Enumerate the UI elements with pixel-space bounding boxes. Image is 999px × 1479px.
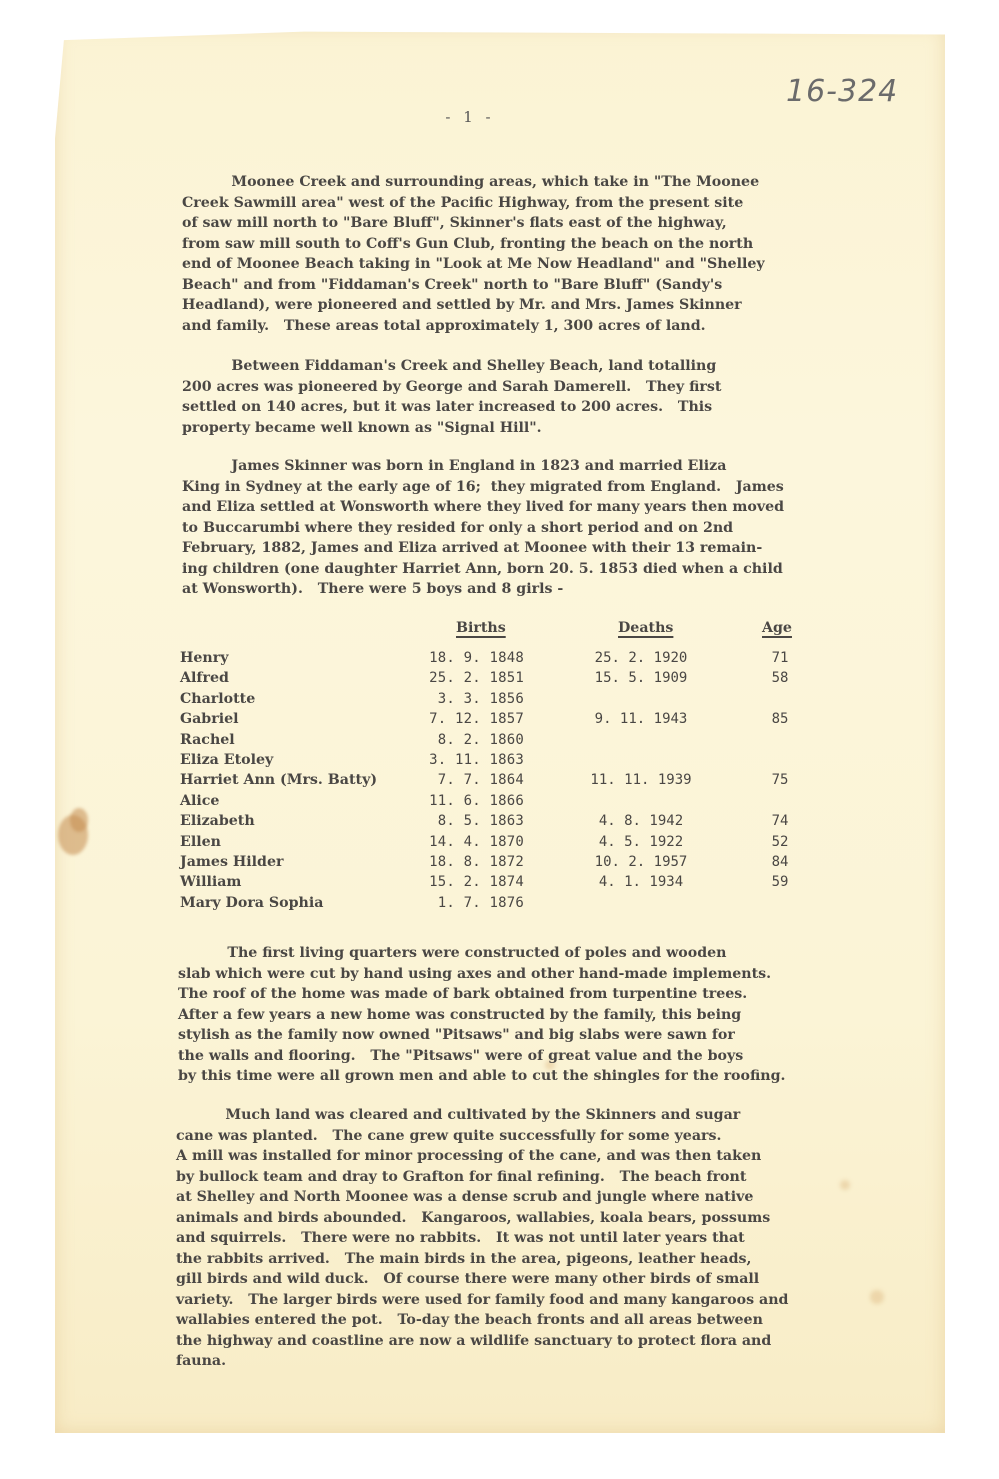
death-date: 15. 5. 1909 bbox=[588, 670, 694, 686]
birth-date: 7. 7. 1864 bbox=[428, 772, 524, 788]
birth-date: 3. 3. 1856 bbox=[428, 691, 524, 707]
age-at-death: 58 bbox=[766, 670, 794, 686]
foxing-spot bbox=[870, 1290, 884, 1304]
birth-date: 25. 2. 1851 bbox=[428, 670, 524, 686]
age-at-death: 84 bbox=[766, 854, 794, 870]
death-date: 9. 11. 1943 bbox=[588, 711, 694, 727]
child-name: Rachel bbox=[180, 732, 235, 748]
age-at-death: 74 bbox=[766, 813, 794, 829]
age-at-death: 85 bbox=[766, 711, 794, 727]
birth-date: 15. 2. 1874 bbox=[428, 874, 524, 890]
table-row: James Hilder18. 8. 187210. 2. 195784 bbox=[180, 854, 820, 874]
child-name: Harriet Ann (Mrs. Batty) bbox=[180, 772, 377, 788]
age-at-death: 75 bbox=[766, 772, 794, 788]
table-row: Harriet Ann (Mrs. Batty)7. 7. 186411. 11… bbox=[180, 772, 820, 792]
death-date: 10. 2. 1957 bbox=[588, 854, 694, 870]
age-at-death: 71 bbox=[766, 650, 794, 666]
page-number: - 1 - bbox=[430, 108, 510, 126]
death-date: 11. 11. 1939 bbox=[588, 772, 694, 788]
birth-date: 3. 11. 1863 bbox=[428, 752, 524, 768]
table-row: Ellen14. 4. 18704. 5. 192252 bbox=[180, 834, 820, 854]
age-at-death: 59 bbox=[766, 874, 794, 890]
stain bbox=[70, 808, 88, 832]
paragraph-james-skinner: James Skinner was born in England in 182… bbox=[182, 456, 784, 600]
header-age: Age bbox=[762, 620, 792, 636]
death-date: 4. 5. 1922 bbox=[588, 834, 694, 850]
table-row: William15. 2. 18744. 1. 193459 bbox=[180, 874, 820, 894]
header-deaths: Deaths bbox=[618, 620, 673, 636]
table-row: Eliza Etoley3. 11. 1863 bbox=[180, 752, 820, 772]
child-name: Eliza Etoley bbox=[180, 752, 273, 768]
birth-date: 18. 8. 1872 bbox=[428, 854, 524, 870]
archive-number: 16-324 bbox=[786, 74, 898, 109]
birth-date: 8. 2. 1860 bbox=[428, 732, 524, 748]
child-name: Alfred bbox=[180, 670, 229, 686]
birth-date: 1. 7. 1876 bbox=[428, 895, 524, 911]
birth-date: 14. 4. 1870 bbox=[428, 834, 524, 850]
paragraph-living-quarters: The first living quarters were construct… bbox=[178, 943, 785, 1087]
table-row: Gabriel7. 12. 18579. 11. 194385 bbox=[180, 711, 820, 731]
paragraph-moonee-creek: Moonee Creek and surrounding areas, whic… bbox=[182, 172, 765, 336]
child-name: Henry bbox=[180, 650, 228, 666]
child-name: Mary Dora Sophia bbox=[180, 895, 323, 911]
child-name: William bbox=[180, 874, 241, 890]
child-name: James Hilder bbox=[180, 854, 283, 870]
table-row: Alfred25. 2. 185115. 5. 190958 bbox=[180, 670, 820, 690]
age-at-death: 52 bbox=[766, 834, 794, 850]
table-row: Henry18. 9. 184825. 2. 192071 bbox=[180, 650, 820, 670]
death-date: 4. 1. 1934 bbox=[588, 874, 694, 890]
death-date: 25. 2. 1920 bbox=[588, 650, 694, 666]
header-births: Births bbox=[456, 620, 506, 636]
child-name: Ellen bbox=[180, 834, 221, 850]
table-row: Elizabeth8. 5. 18634. 8. 194274 bbox=[180, 813, 820, 833]
birth-date: 7. 12. 1857 bbox=[428, 711, 524, 727]
table-row: Charlotte3. 3. 1856 bbox=[180, 691, 820, 711]
child-name: Alice bbox=[180, 793, 219, 809]
birth-date: 8. 5. 1863 bbox=[428, 813, 524, 829]
child-name: Gabriel bbox=[180, 711, 239, 727]
birth-date: 18. 9. 1848 bbox=[428, 650, 524, 666]
child-name: Elizabeth bbox=[180, 813, 255, 829]
table-row: Rachel8. 2. 1860 bbox=[180, 732, 820, 752]
table-row: Mary Dora Sophia1. 7. 1876 bbox=[180, 895, 820, 915]
foxing-spot bbox=[840, 1180, 850, 1190]
paragraph-damerell: Between Fiddaman's Creek and Shelley Bea… bbox=[182, 356, 721, 438]
death-date: 4. 8. 1942 bbox=[588, 813, 694, 829]
paragraph-land-cultivation: Much land was cleared and cultivated by … bbox=[176, 1105, 788, 1372]
child-name: Charlotte bbox=[180, 691, 255, 707]
table-row: Alice11. 6. 1866 bbox=[180, 793, 820, 813]
birth-date: 11. 6. 1866 bbox=[428, 793, 524, 809]
